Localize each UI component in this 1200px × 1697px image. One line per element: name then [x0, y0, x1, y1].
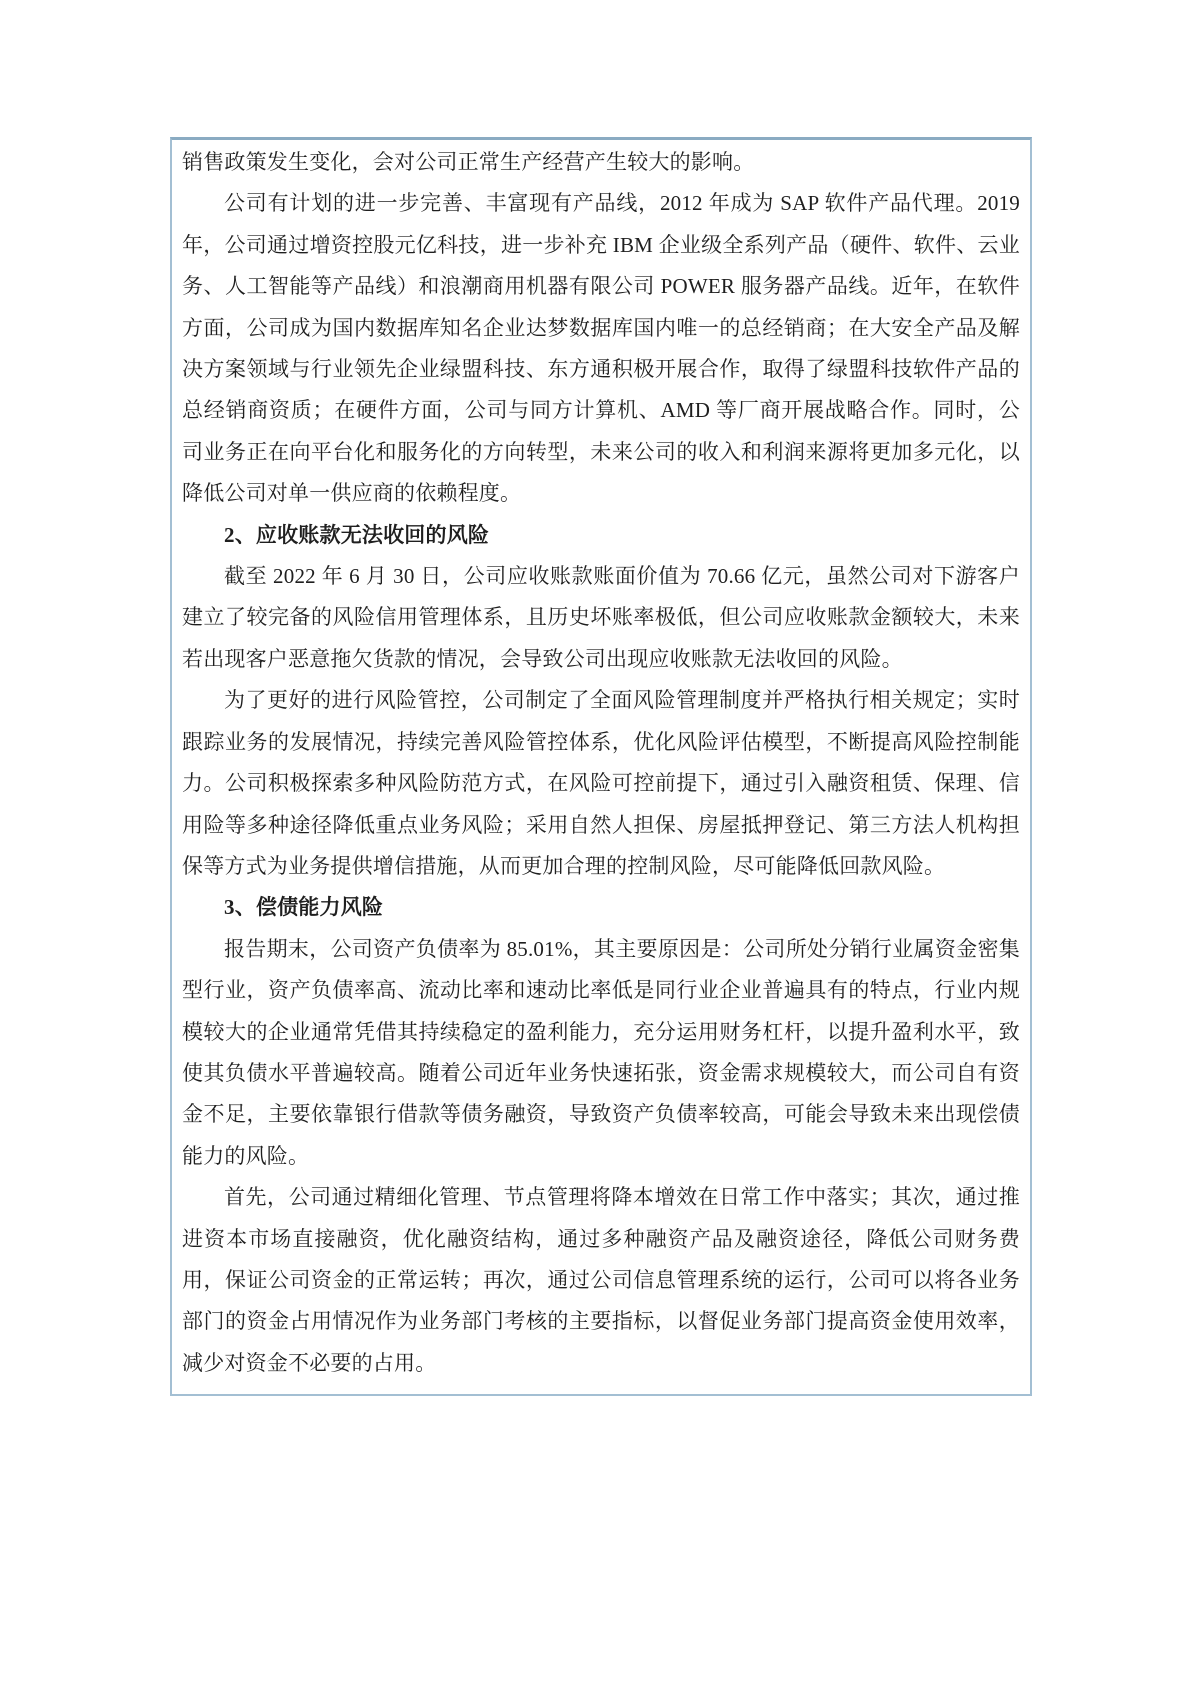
paragraph-continuation: 销售政策发生变化，会对公司正常生产经营产生较大的影响。 [182, 142, 1020, 183]
paragraph-debt-ratio: 报告期末，公司资产负债率为 85.01%，其主要原因是：公司所处分销行业属资金密… [182, 929, 1020, 1177]
document-page: 销售政策发生变化，会对公司正常生产经营产生较大的影响。 公司有计划的进一步完善、… [0, 0, 1200, 1697]
paragraph-receivables-value: 截至 2022 年 6 月 30 日，公司应收账款账面价值为 70.66 亿元，… [182, 556, 1020, 680]
section-heading-solvency-risk: 3、偿债能力风险 [182, 887, 1020, 928]
paragraph-cost-reduction: 首先，公司通过精细化管理、节点管理将降本增效在日常工作中落实；其次，通过推进资本… [182, 1177, 1020, 1384]
section-heading-receivables-risk: 2、应收账款无法收回的风险 [182, 515, 1020, 556]
paragraph-product-line: 公司有计划的进一步完善、丰富现有产品线，2012 年成为 SAP 软件产品代理。… [182, 183, 1020, 514]
paragraph-risk-control: 为了更好的进行风险管控，公司制定了全面风险管理制度并严格执行相关规定；实时跟踪业… [182, 680, 1020, 887]
risk-disclosure-text-box: 销售政策发生变化，会对公司正常生产经营产生较大的影响。 公司有计划的进一步完善、… [170, 137, 1032, 1396]
